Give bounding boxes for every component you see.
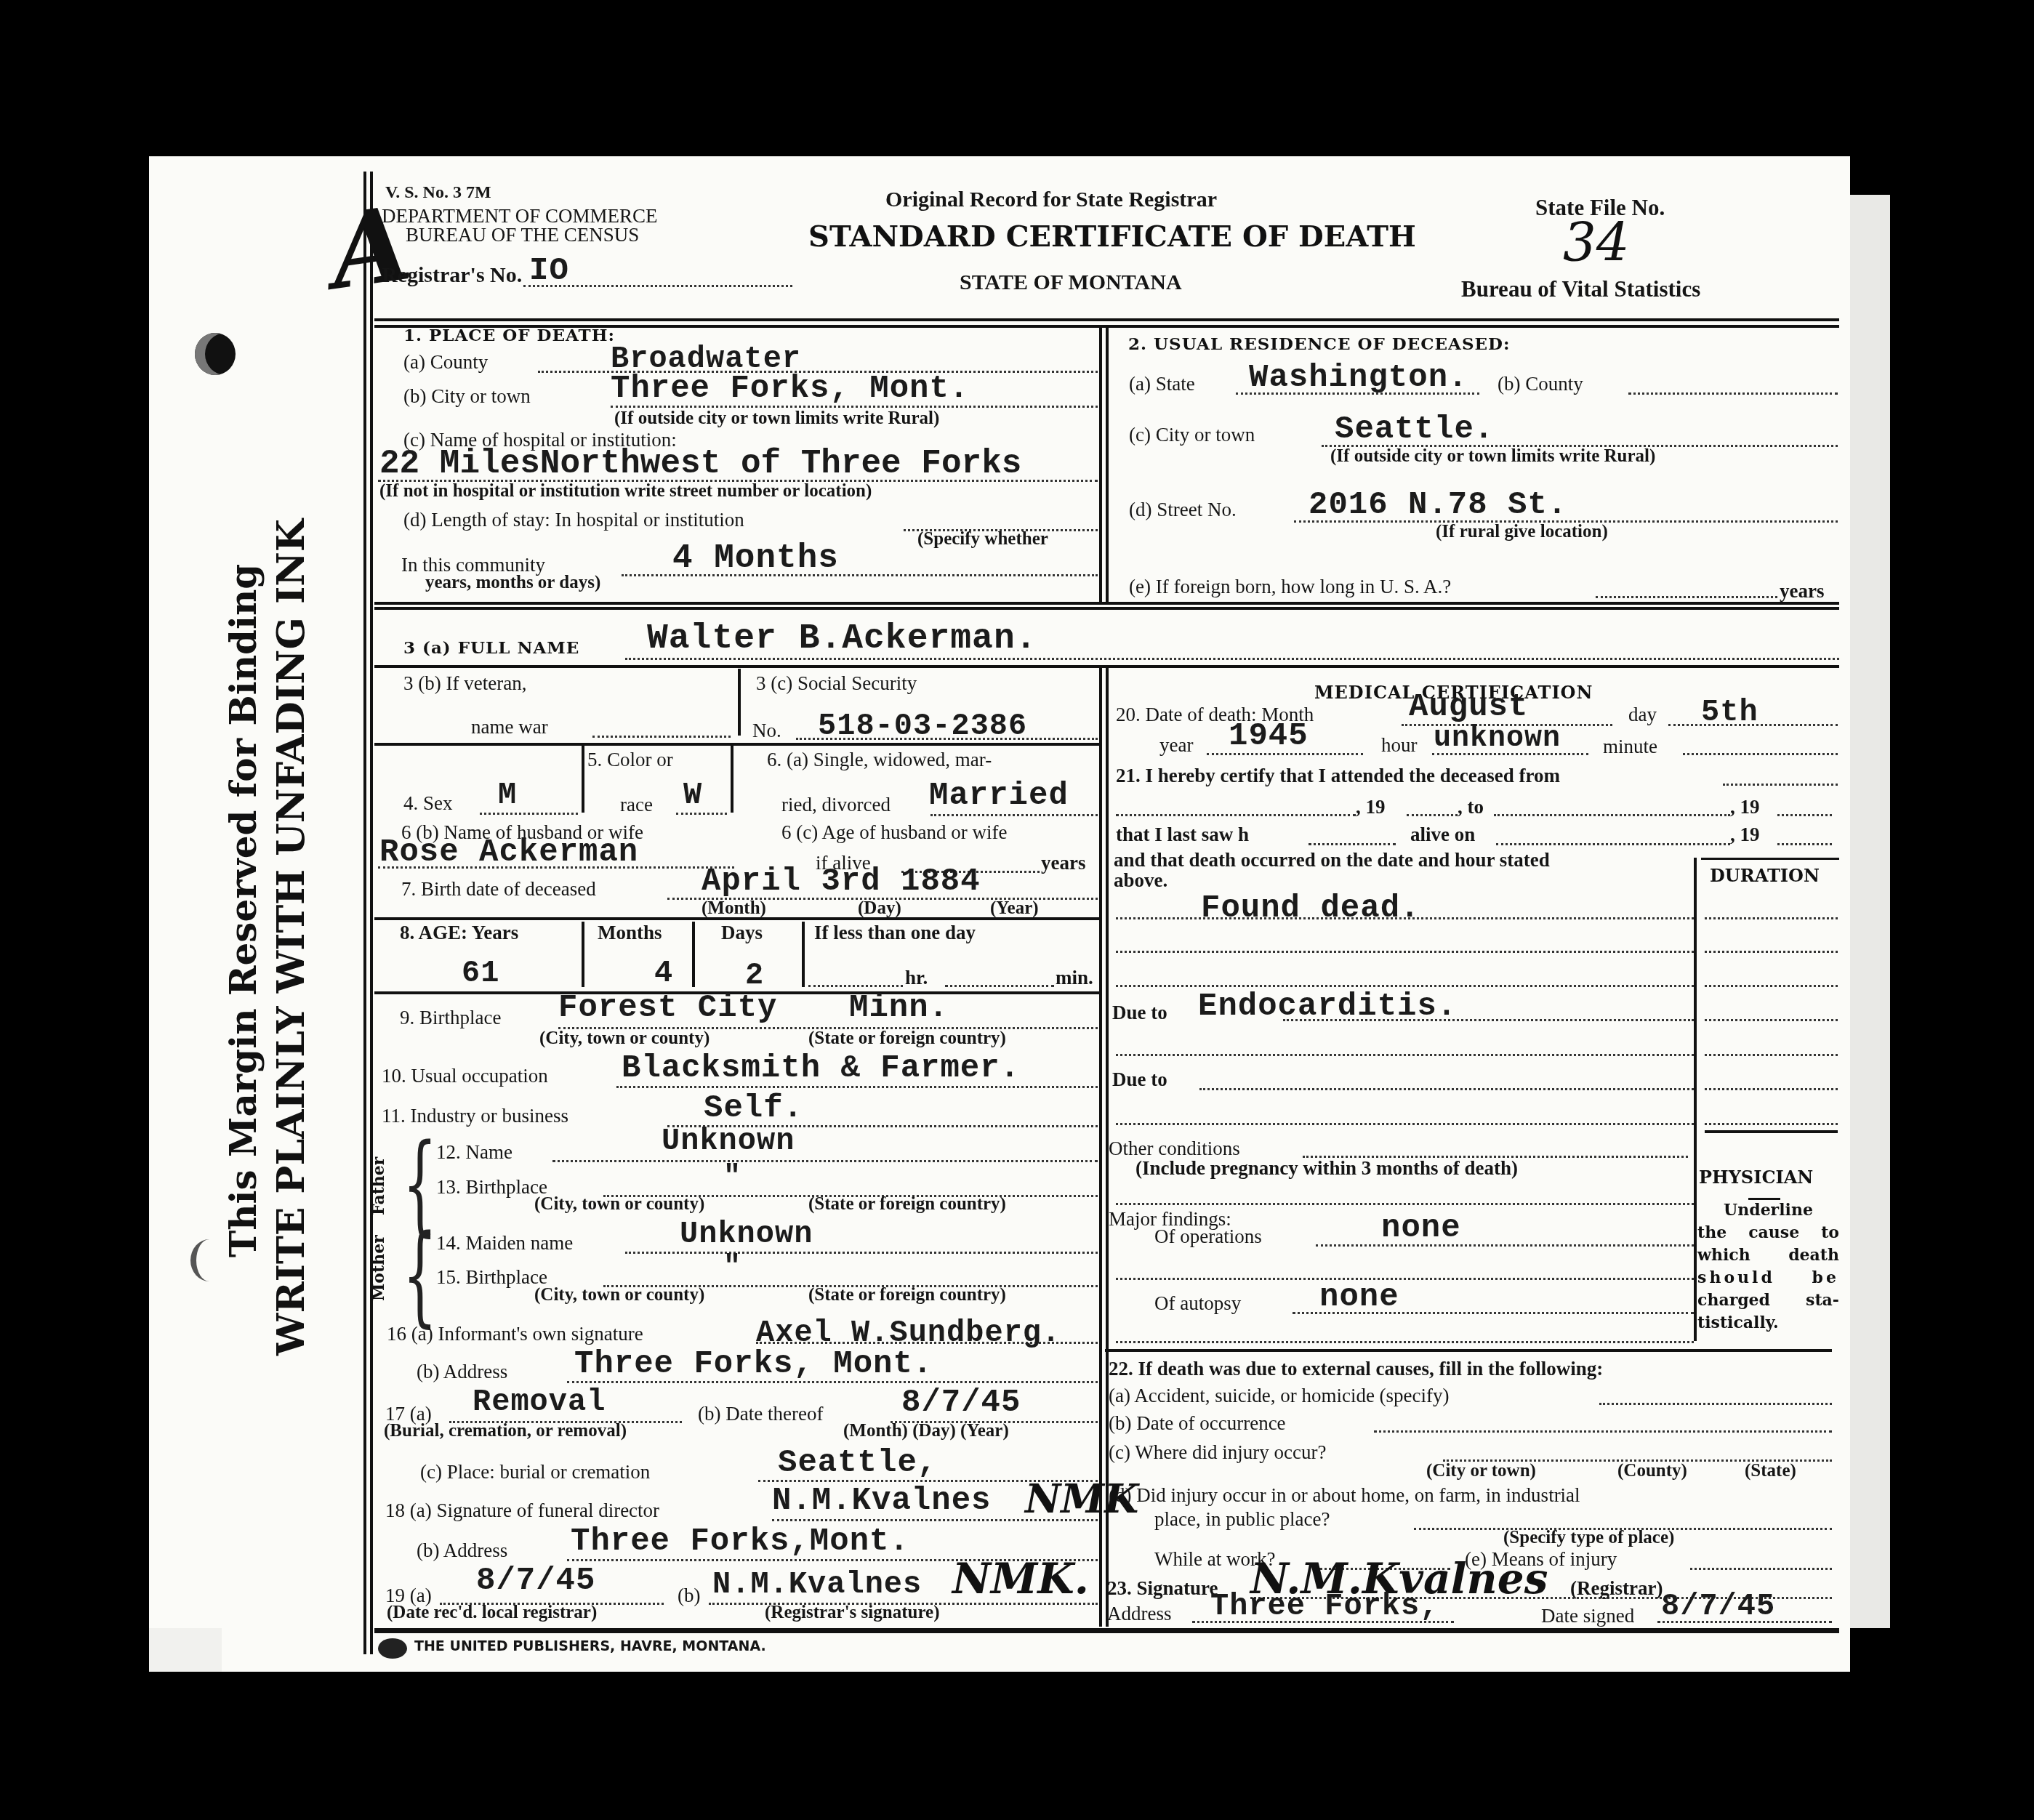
marital-label-2: ried, divorced xyxy=(781,794,891,816)
physician-note: Underline the cause to which death shoul… xyxy=(1697,1199,1839,1334)
registrar-sig-label: (b) xyxy=(678,1585,700,1607)
death-day-label: day xyxy=(1628,704,1657,726)
birthplace-city-note: (City, town or county) xyxy=(539,1028,710,1049)
sig-address-value: Three Forks, xyxy=(1210,1589,1439,1624)
father-city-note: (City, town or county) xyxy=(534,1194,704,1215)
pod-county-label: (a) County xyxy=(403,351,488,374)
disposition-note: (Burial, cremation, or removal) xyxy=(384,1421,627,1441)
color-label: 5. Color or xyxy=(587,749,673,771)
age-label: 8. AGE: Years xyxy=(400,922,518,944)
operations-line xyxy=(1316,1244,1694,1247)
certify-last-saw: that I last saw h xyxy=(1116,824,1249,846)
birth-year-note: (Year) xyxy=(990,898,1039,919)
veteran-label: 3 (b) If veteran, xyxy=(403,672,526,695)
father-side-label: Father xyxy=(369,1157,388,1215)
external-d-note: (Specify type of place) xyxy=(1503,1528,1674,1548)
full-name-label: 3 (a) FULL NAME xyxy=(403,638,579,658)
due-to-line-1 xyxy=(1283,1019,1694,1021)
director-label: 18 (a) Signature of funeral director xyxy=(385,1499,659,1522)
birthplace-state-note: (State or foreign country) xyxy=(808,1028,1006,1049)
mother-maiden-line xyxy=(625,1252,1098,1254)
registrar-no-label: Registrar's No. xyxy=(382,263,522,288)
corner-check-mark: A xyxy=(323,184,417,313)
section-rule-2 xyxy=(374,602,1839,610)
res-state-value: Washington. xyxy=(1249,360,1468,396)
father-birthplace-label: 13. Birthplace xyxy=(436,1176,547,1199)
certify-19-c-line xyxy=(1777,843,1832,845)
registrar-date-value: 8/7/45 xyxy=(476,1563,595,1599)
findings-line-2 xyxy=(1116,1278,1694,1280)
informant-sig-label: 16 (a) Informant's own signature xyxy=(387,1323,643,1345)
death-minute-line xyxy=(1683,753,1838,755)
ss-no-label: No. xyxy=(752,720,781,742)
mother-city-note: (City, town or county) xyxy=(534,1285,704,1305)
death-minute-label: minute xyxy=(1603,736,1657,758)
certify-19-b: , 19 xyxy=(1730,796,1760,818)
age-divider-1 xyxy=(582,922,584,987)
due-to-label-1: Due to xyxy=(1112,1002,1167,1024)
external-b-line xyxy=(1374,1430,1832,1433)
disposition-date-value: 8/7/45 xyxy=(901,1385,1021,1421)
cause-line-4 xyxy=(1116,1054,1694,1056)
age-months-label: Months xyxy=(598,922,662,944)
cause-line-2 xyxy=(1116,951,1694,953)
pod-community-note: years, months or days) xyxy=(425,573,600,593)
registrar-date-note: (Date rec'd. local registrar) xyxy=(387,1603,597,1623)
birth-month-note: (Month) xyxy=(702,898,766,919)
spouse-value: Rose Ackerman xyxy=(379,834,638,871)
res-city-label: (c) City or town xyxy=(1129,424,1255,446)
certify-to-line xyxy=(1494,814,1730,816)
death-hour-value: unknown xyxy=(1434,722,1561,755)
certify-last-saw-line xyxy=(1309,843,1396,845)
sig-address-label: Address xyxy=(1107,1603,1172,1625)
age-days-label: Days xyxy=(721,922,763,944)
external-heading: 22. If death was due to external causes,… xyxy=(1109,1358,1603,1380)
sex-line xyxy=(480,813,578,815)
external-a-line xyxy=(1599,1403,1832,1405)
duration-line-7 xyxy=(1705,1123,1838,1125)
duration-line-6 xyxy=(1705,1088,1838,1090)
father-state-note: (State or foreign country) xyxy=(808,1194,1006,1215)
disposition-date-label: (b) Date thereof xyxy=(698,1403,823,1425)
margin-note-ink: WRITE PLAINLY WITH UNFADING INK xyxy=(269,519,313,1356)
res-state-label: (a) State xyxy=(1129,373,1195,395)
certify-to: , to xyxy=(1458,796,1484,818)
birthplace-label: 9. Birthplace xyxy=(400,1007,501,1029)
marital-label-1: 6. (a) Single, widowed, mar- xyxy=(767,749,992,771)
age-years-value: 61 xyxy=(462,956,499,991)
res-foreign-line xyxy=(1596,596,1777,598)
external-a-label: (a) Accident, suicide, or homicide (spec… xyxy=(1109,1385,1450,1407)
birthplace-city: Forest City xyxy=(558,990,777,1026)
res-street-note: (If rural give location) xyxy=(1436,522,1608,542)
cause-line-1 xyxy=(1116,917,1694,919)
veteran-ss-divider xyxy=(738,669,741,736)
paper-bottom-edge xyxy=(149,1628,222,1672)
sex-label: 4. Sex xyxy=(403,792,453,815)
director-address-label: (b) Address xyxy=(417,1539,507,1562)
informant-address-label: (b) Address xyxy=(417,1361,507,1383)
external-d-label-2: place, in public place? xyxy=(1154,1508,1330,1531)
marital-value: Married xyxy=(929,778,1069,814)
disposition-date-note: (Month) (Day) (Year) xyxy=(843,1421,1009,1441)
registrar-sig-note: (Registrar's signature) xyxy=(765,1603,939,1623)
duration-line-2 xyxy=(1705,951,1838,953)
cause-value: Found dead. xyxy=(1201,890,1420,927)
certify-line-1: 21. I hereby certify that I attended the… xyxy=(1116,765,1560,787)
punch-hole-top xyxy=(195,333,236,375)
mother-side-label: Mother xyxy=(369,1235,388,1301)
burial-place-value: Seattle, xyxy=(778,1445,937,1481)
mother-birthplace-label: 15. Birthplace xyxy=(436,1266,547,1289)
cause-line-3 xyxy=(1116,985,1694,987)
birth-day-note: (Day) xyxy=(858,898,901,919)
binding-margin-line xyxy=(363,172,373,1654)
death-day-value: 5th xyxy=(1701,695,1758,730)
certify-alive-on: alive on xyxy=(1410,824,1475,846)
mother-brace: { xyxy=(403,1221,438,1330)
bureau: BUREAU OF THE CENSUS xyxy=(406,224,639,246)
sig-date-value: 8/7/45 xyxy=(1661,1589,1775,1624)
pod-city-note: (If outside city or town limits write Ru… xyxy=(614,408,939,429)
duration-top-rule xyxy=(1701,858,1839,860)
occupation-value: Blacksmith & Farmer. xyxy=(622,1050,1020,1087)
full-name-value: Walter B.Ackerman. xyxy=(647,619,1037,659)
means-line xyxy=(1690,1568,1832,1570)
burial-place-label: (c) Place: burial or cremation xyxy=(420,1461,650,1483)
industry-value: Self. xyxy=(704,1090,803,1127)
res-city-value: Seattle. xyxy=(1335,411,1494,448)
age-divider-3 xyxy=(802,922,805,987)
certify-from-line xyxy=(1723,784,1838,786)
autopsy-value: none xyxy=(1319,1279,1399,1316)
margin-note-binding: This Margin Reserved for Binding xyxy=(222,564,265,1257)
pod-hospital-value: 22 MilesNorthwest of Three Forks xyxy=(379,445,1021,483)
ss-label: 3 (c) Social Security xyxy=(756,672,917,695)
signature-role: (Registrar) xyxy=(1570,1577,1663,1600)
external-d-label-1: (d) Did injury occur in or about home, o… xyxy=(1109,1484,1580,1507)
certify-occurred: and that death occurred on the date and … xyxy=(1114,849,1550,871)
death-hour-label: hour xyxy=(1381,734,1418,757)
birth-value: April 3rd 1884 xyxy=(702,863,981,900)
certify-19-b-line xyxy=(1777,814,1832,816)
certificate-title: STANDARD CERTIFICATE OF DEATH xyxy=(808,220,1416,254)
registrar-no: IO xyxy=(529,253,569,289)
ss-rule xyxy=(374,743,1100,746)
place-of-death-heading: 1. PLACE OF DEATH: xyxy=(403,326,615,345)
duration-line-3 xyxy=(1705,985,1838,987)
birthplace-state: Minn. xyxy=(849,990,949,1026)
certify-19-c: , 19 xyxy=(1730,824,1760,846)
race-line xyxy=(676,813,727,815)
res-foreign-label: (e) If foreign born, how long in U. S. A… xyxy=(1129,576,1451,598)
death-month-value: August xyxy=(1409,689,1528,725)
birth-label: 7. Birth date of deceased xyxy=(401,878,596,901)
physician-heading: PHYSICIAN xyxy=(1699,1167,1813,1188)
certify-from-line-2 xyxy=(1116,814,1356,816)
certify-above: above. xyxy=(1114,869,1167,892)
pod-stay-specify: (Specify whether xyxy=(917,529,1048,549)
ss-value: 518-03-2386 xyxy=(818,709,1027,744)
record-type: Original Record for State Registrar xyxy=(885,188,1217,212)
res-street-value: 2016 N.78 St. xyxy=(1309,487,1567,523)
res-county-line xyxy=(1628,392,1838,395)
signature-label: 23. Signature xyxy=(1107,1577,1218,1600)
res-city-note: (If outside city or town limits write Ru… xyxy=(1330,446,1655,467)
age-min-label: min. xyxy=(1056,967,1093,989)
pod-stay-label: (d) Length of stay: In hospital or insti… xyxy=(403,509,744,531)
mother-maiden-label: 14. Maiden name xyxy=(436,1232,573,1255)
age-hr-line xyxy=(808,985,903,987)
findings-line-3 xyxy=(1116,1341,1694,1343)
res-street-label: (d) Street No. xyxy=(1129,499,1237,521)
operations-value: none xyxy=(1381,1210,1461,1247)
duration-line-4 xyxy=(1705,1019,1838,1021)
father-birthplace-value: " xyxy=(723,1161,741,1194)
cause-line-5 xyxy=(1116,1123,1694,1125)
publisher-imprint: THE UNITED PUBLISHERS, HAVRE, MONTANA. xyxy=(414,1638,766,1654)
other-conditions-note: (Include pregnancy within 3 months of de… xyxy=(1135,1157,1518,1180)
mother-state-note: (State or foreign country) xyxy=(808,1285,1006,1305)
director-address-value: Three Forks,Mont. xyxy=(571,1523,909,1560)
external-c-note-city: (City or town) xyxy=(1426,1461,1536,1481)
form-number: V. S. No. 3 7M xyxy=(385,183,491,203)
duration-divider xyxy=(1694,858,1697,1341)
external-c-note-county: (County) xyxy=(1617,1461,1687,1481)
vital-statistics: Bureau of Vital Statistics xyxy=(1461,276,1700,302)
duration-line-5 xyxy=(1705,1054,1838,1056)
publisher-logo-icon xyxy=(378,1638,407,1659)
informant-sig-value: Axel W.Sundberg. xyxy=(756,1316,1061,1350)
external-c-note-state: (State) xyxy=(1745,1461,1796,1481)
residence-heading: 2. USUAL RESIDENCE OF DECEASED: xyxy=(1128,334,1511,354)
due-to-label-2: Due to xyxy=(1112,1068,1167,1091)
race-marital-divider xyxy=(731,746,733,813)
sex-value: M xyxy=(498,778,517,813)
pod-city-value: Three Forks, Mont. xyxy=(611,371,969,407)
age-days-value: 2 xyxy=(745,958,764,993)
res-county-label: (b) County xyxy=(1498,373,1583,395)
race-value: W xyxy=(683,778,702,813)
duration-line-1 xyxy=(1705,917,1838,919)
sex-color-divider xyxy=(582,746,584,813)
mother-birthplace-value: " xyxy=(723,1252,741,1284)
registrar-sig-value: N.M.Kvalnes xyxy=(712,1567,922,1602)
informant-address-value: Three Forks, Mont. xyxy=(574,1346,933,1382)
age-less-label: If less than one day xyxy=(814,922,976,944)
spouse-age-suffix: years xyxy=(1041,852,1085,874)
other-conditions-line-2 xyxy=(1116,1203,1694,1205)
father-name-line xyxy=(552,1160,1098,1162)
disposition-value: Removal xyxy=(473,1385,606,1420)
mother-maiden-value: Unknown xyxy=(680,1217,813,1252)
father-name-value: Unknown xyxy=(662,1124,795,1159)
external-c-label: (c) Where did injury occur? xyxy=(1109,1441,1326,1464)
pod-community-value: 4 Months xyxy=(672,539,839,577)
death-year-value: 1945 xyxy=(1229,718,1309,754)
bottom-rule xyxy=(374,1628,1839,1633)
marital-line xyxy=(930,814,1098,816)
certify-19-a: , 19 xyxy=(1356,796,1386,818)
external-b-label: (b) Date of occurrence xyxy=(1109,1412,1286,1435)
occupation-label: 10. Usual occupation xyxy=(382,1065,548,1087)
race-label: race xyxy=(620,794,653,816)
pod-hospital-note: (If not in hospital or institution write… xyxy=(379,481,872,502)
duration-heading: DURATION xyxy=(1710,865,1820,886)
autopsy-label: Of autopsy xyxy=(1154,1292,1241,1315)
due-to-line-2 xyxy=(1199,1088,1694,1090)
spouse-age-label: 6 (c) Age of husband or wife xyxy=(781,821,1007,844)
certify-19-a-line xyxy=(1407,814,1458,816)
age-months-value: 4 xyxy=(654,956,673,991)
registrar-initials: NMK. xyxy=(952,1554,1089,1603)
veteran-war-line xyxy=(592,736,731,738)
age-divider-2 xyxy=(692,922,695,987)
state-name: STATE OF MONTANA xyxy=(960,270,1182,295)
pod-city-label: (b) City or town xyxy=(403,385,531,408)
sig-date-label: Date signed xyxy=(1541,1605,1634,1627)
age-min-line xyxy=(945,985,1054,987)
column-divider-top xyxy=(1099,326,1109,602)
operations-label: Of operations xyxy=(1154,1225,1262,1248)
veteran-war-label: name war xyxy=(471,716,548,738)
res-foreign-suffix: years xyxy=(1780,580,1824,603)
director-value: N.M.Kvalnes xyxy=(772,1483,991,1519)
punch-hole-bottom xyxy=(190,1239,228,1281)
father-name-label: 12. Name xyxy=(436,1141,512,1164)
duration-bottom-rule xyxy=(1705,1130,1838,1133)
birth-rule xyxy=(374,917,1100,920)
state-file-no: 34 xyxy=(1563,212,1630,273)
certify-alive-on-line xyxy=(1496,843,1730,845)
external-rule xyxy=(1105,1349,1832,1352)
age-hr-label: hr. xyxy=(905,967,928,989)
death-year-label: year xyxy=(1159,734,1193,757)
